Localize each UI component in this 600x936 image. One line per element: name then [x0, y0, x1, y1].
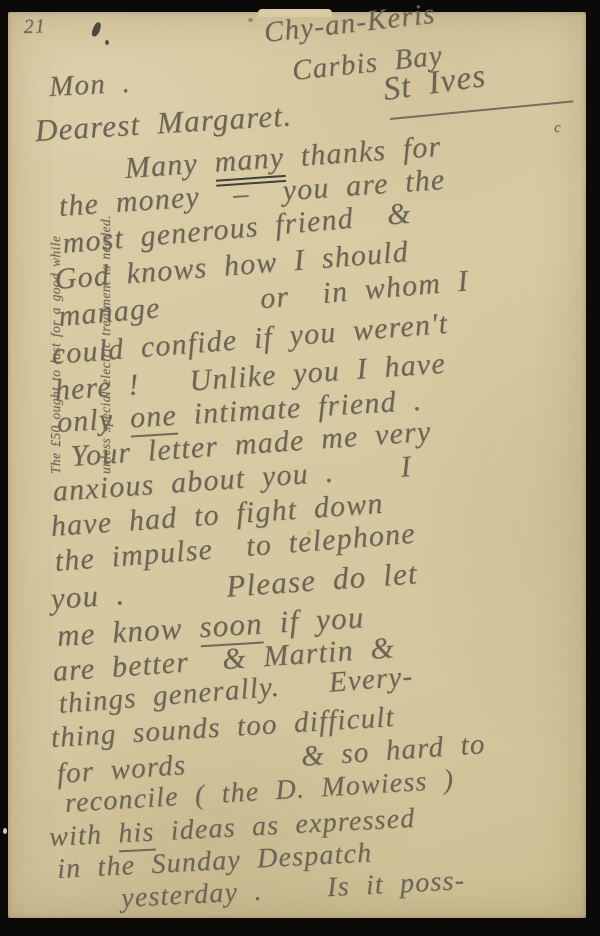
pencil-smudge — [90, 21, 103, 38]
underlined-word: one — [129, 399, 178, 438]
scan-dust-speck — [3, 828, 7, 834]
text-segment: with — [48, 818, 119, 853]
address-mark: c — [554, 120, 562, 137]
pencil-smudge — [248, 18, 253, 22]
letter-page: 21 Chy-an-Keris Carbis Bay St Ives c Mon… — [8, 12, 586, 918]
page-number: 21 — [23, 15, 46, 38]
scan-background: 21 Chy-an-Keris Carbis Bay St Ives c Mon… — [0, 0, 600, 936]
text-segment: only — [56, 402, 131, 439]
underlined-word: his — [117, 817, 155, 853]
pencil-smudge — [105, 40, 109, 45]
